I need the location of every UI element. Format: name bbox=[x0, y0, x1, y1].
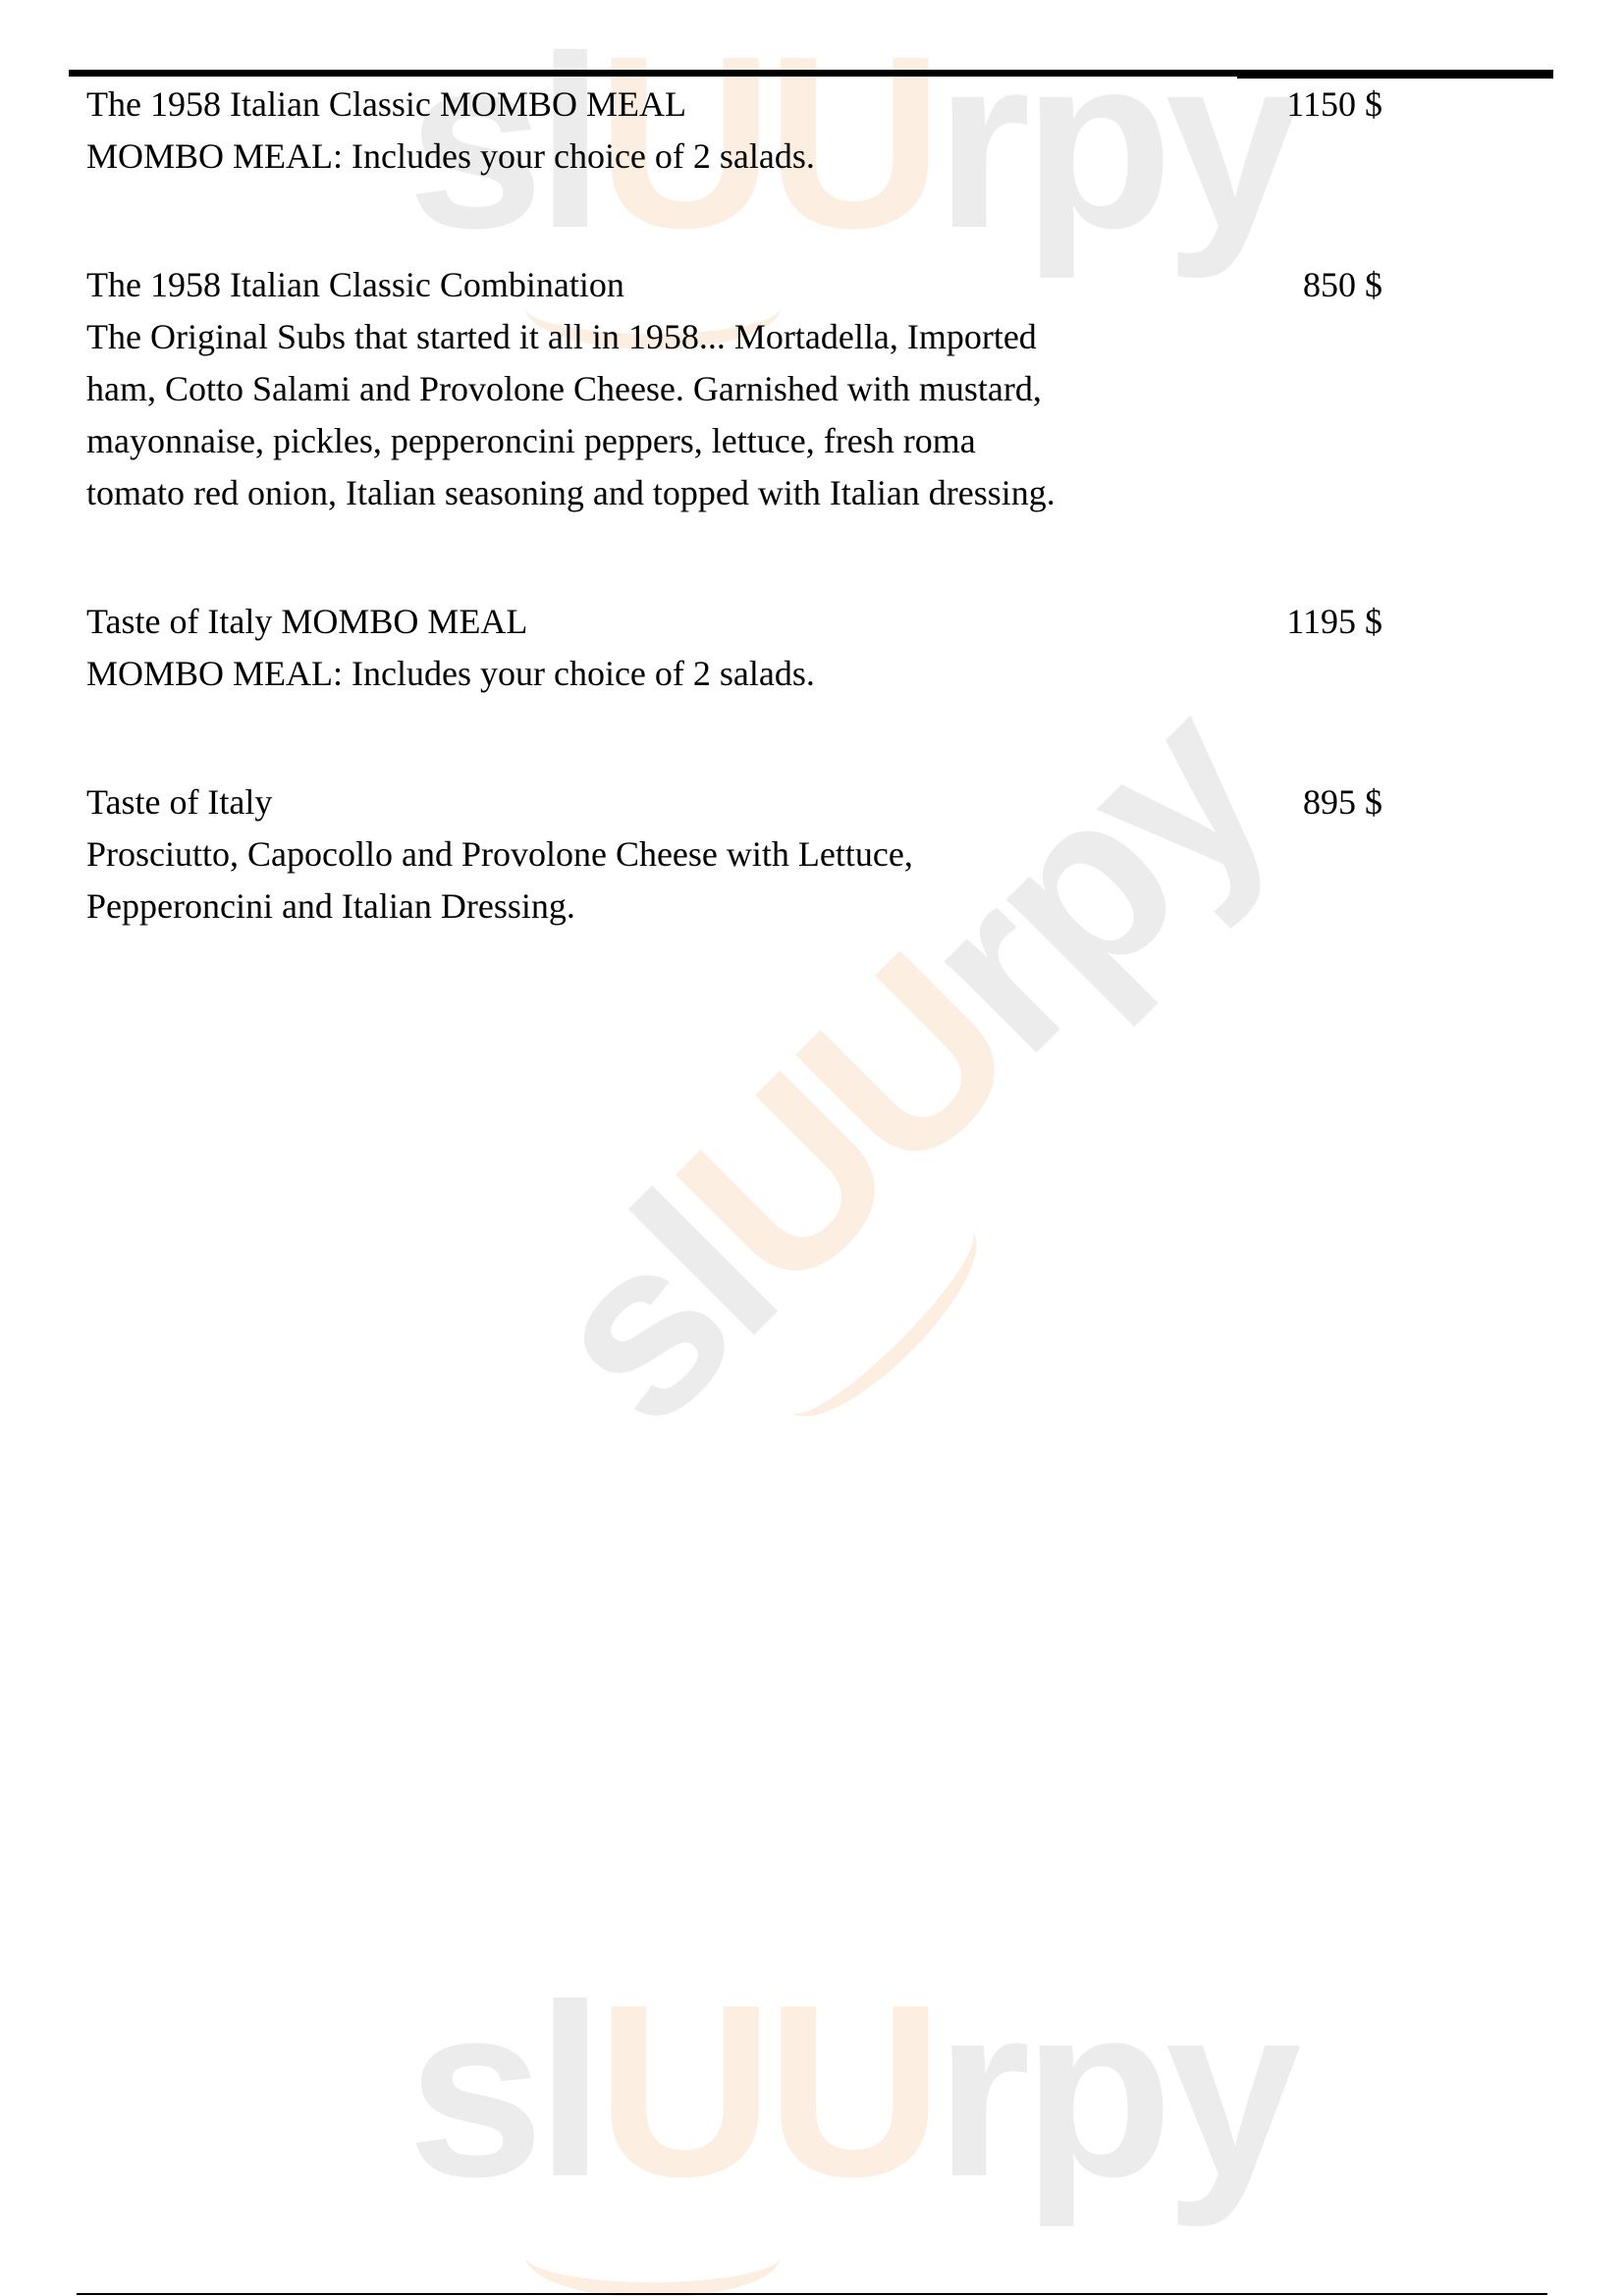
menu-item-name: The 1958 Italian Classic MOMBO MEAL bbox=[86, 79, 1286, 131]
bottom-divider bbox=[77, 2293, 1547, 2295]
menu-list: The 1958 Italian Classic MOMBO MEAL 1150… bbox=[86, 79, 1384, 1009]
menu-item: The 1958 Italian Classic Combination 850… bbox=[86, 259, 1384, 519]
menu-item-description: Prosciutto, Capocollo and Provolone Chee… bbox=[86, 828, 1245, 933]
menu-item-description: MOMBO MEAL: Includes your choice of 2 sa… bbox=[86, 648, 1245, 700]
menu-item-price: 1195 $ bbox=[1286, 596, 1384, 648]
menu-item-header: Taste of Italy MOMBO MEAL 1195 $ bbox=[86, 596, 1384, 648]
watermark-text-gray: rpy bbox=[936, 1953, 1294, 2227]
sluurpy-watermark-bottom: slUUrpy bbox=[407, 1968, 1294, 2214]
top-divider-price-column bbox=[1237, 70, 1553, 79]
menu-item-price: 850 $ bbox=[1303, 259, 1384, 311]
menu-item-header: The 1958 Italian Classic Combination 850… bbox=[86, 259, 1384, 311]
menu-item: Taste of Italy MOMBO MEAL 1195 $ MOMBO M… bbox=[86, 596, 1384, 700]
menu-item-name: The 1958 Italian Classic Combination bbox=[86, 259, 1303, 311]
menu-item-name: Taste of Italy MOMBO MEAL bbox=[86, 596, 1286, 648]
menu-item-header: Taste of Italy 895 $ bbox=[86, 776, 1384, 828]
watermark-text-gray: sl bbox=[407, 1953, 597, 2227]
menu-item-price: 895 $ bbox=[1303, 776, 1384, 828]
watermark-smile-icon bbox=[761, 1201, 1001, 1442]
menu-item-price: 1150 $ bbox=[1286, 79, 1384, 131]
menu-item-header: The 1958 Italian Classic MOMBO MEAL 1150… bbox=[86, 79, 1384, 131]
watermark-text-orange: UU bbox=[597, 1953, 936, 2227]
watermark-text-gray: sl bbox=[494, 1148, 821, 1474]
menu-item-description: MOMBO MEAL: Includes your choice of 2 sa… bbox=[86, 131, 1245, 183]
watermark-smile-icon bbox=[525, 2214, 781, 2296]
menu-item: The 1958 Italian Classic MOMBO MEAL 1150… bbox=[86, 79, 1384, 183]
menu-item: Taste of Italy 895 $ Prosciutto, Capocol… bbox=[86, 776, 1384, 933]
menu-item-description: The Original Subs that started it all in… bbox=[86, 311, 1245, 519]
menu-item-name: Taste of Italy bbox=[86, 776, 1303, 828]
